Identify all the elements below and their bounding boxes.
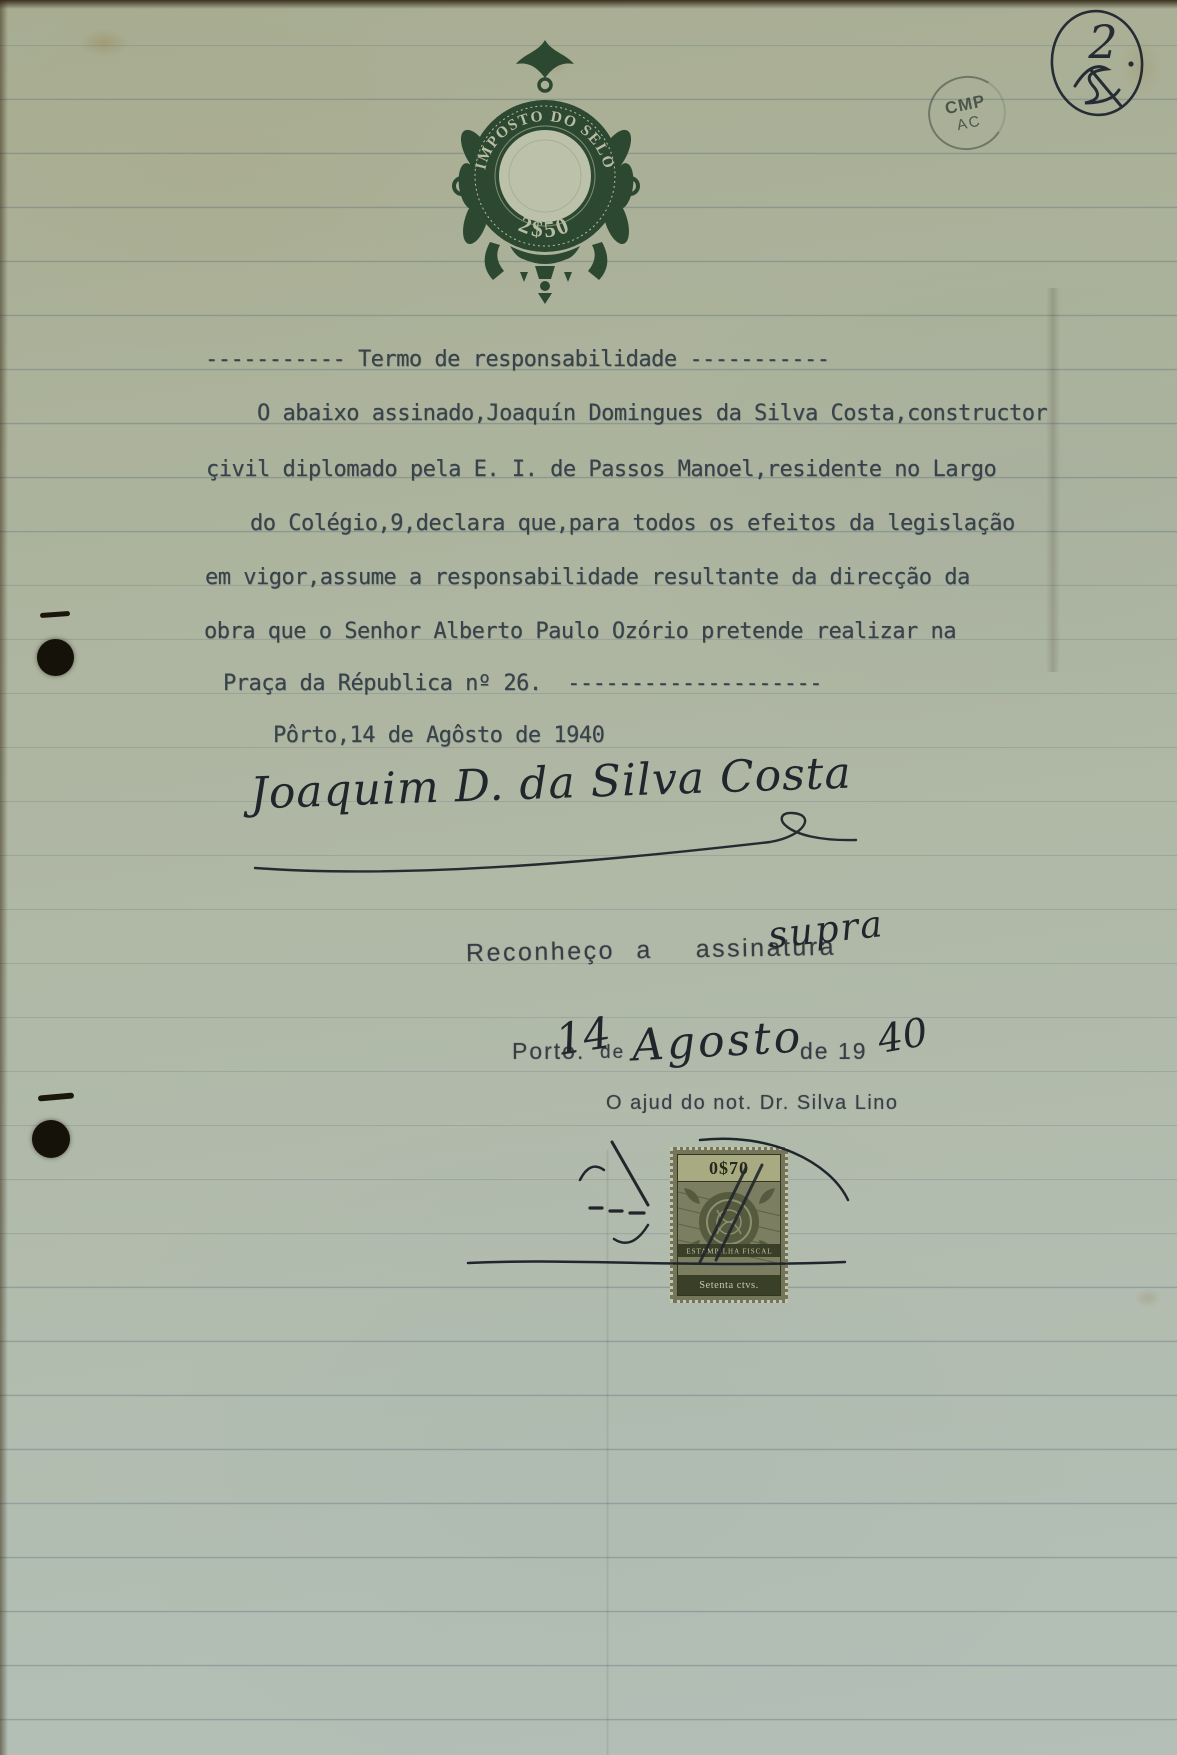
punch-hole (37, 639, 74, 676)
document-dateline: Pôrto,14 de Agôsto de 1940 (273, 724, 604, 748)
corner-number: 2 (1087, 15, 1117, 69)
paper-stain (1134, 1288, 1162, 1308)
municipal-round-stamp: CMP AC (921, 69, 1013, 158)
imposto-do-selo-seal: IMPOSTO DO SELO 2$50 (440, 36, 652, 306)
body-line: obra que o Senhor Alberto Paulo Ozório p… (204, 620, 956, 644)
round-stamp-line2: AC (955, 112, 983, 134)
body-line: çivil diplomado pela E. I. de Passos Man… (206, 458, 996, 482)
punch-mark-dash (40, 611, 70, 618)
notary-date-de: de (600, 1042, 625, 1064)
seal-crown-icon (516, 40, 574, 78)
signature-flourish-icon (230, 796, 880, 880)
paper-crease-right (1046, 288, 1060, 672)
document-title: ----------- Termo de responsabilidade --… (205, 348, 830, 372)
body-line: do Colégio,9,declara que,para todos os e… (250, 512, 1015, 536)
notary-date-year-handwriting: 40 (874, 1010, 931, 1063)
notary-official-line: O ajud do not. Dr. Silva Lino (606, 1092, 899, 1115)
notary-date-month-handwriting: Agosto (631, 1012, 805, 1072)
body-line: Praça da Républica nº 26. --------------… (223, 672, 822, 696)
notary-date-de19: de 19 (800, 1038, 868, 1065)
scanned-document-page: IMPOSTO DO SELO 2$50 CMP AC 2 ----------… (0, 0, 1177, 1755)
notary-signature-flourish-icon (450, 1120, 870, 1285)
recognition-supra-handwriting: supra (766, 902, 886, 957)
scan-edge-left (0, 0, 8, 1755)
punch-mark-dash (38, 1092, 74, 1101)
paper-stain (78, 28, 130, 58)
corner-paraph-icon (1075, 67, 1121, 106)
body-line: em vigor,assume a responsabilidade resul… (205, 566, 970, 590)
punch-hole (32, 1120, 70, 1158)
corner-annotation: 2 (1045, 6, 1155, 120)
body-line: O abaixo assinado,Joaquín Domingues da S… (257, 402, 1047, 426)
scan-edge-top (0, 0, 1177, 9)
